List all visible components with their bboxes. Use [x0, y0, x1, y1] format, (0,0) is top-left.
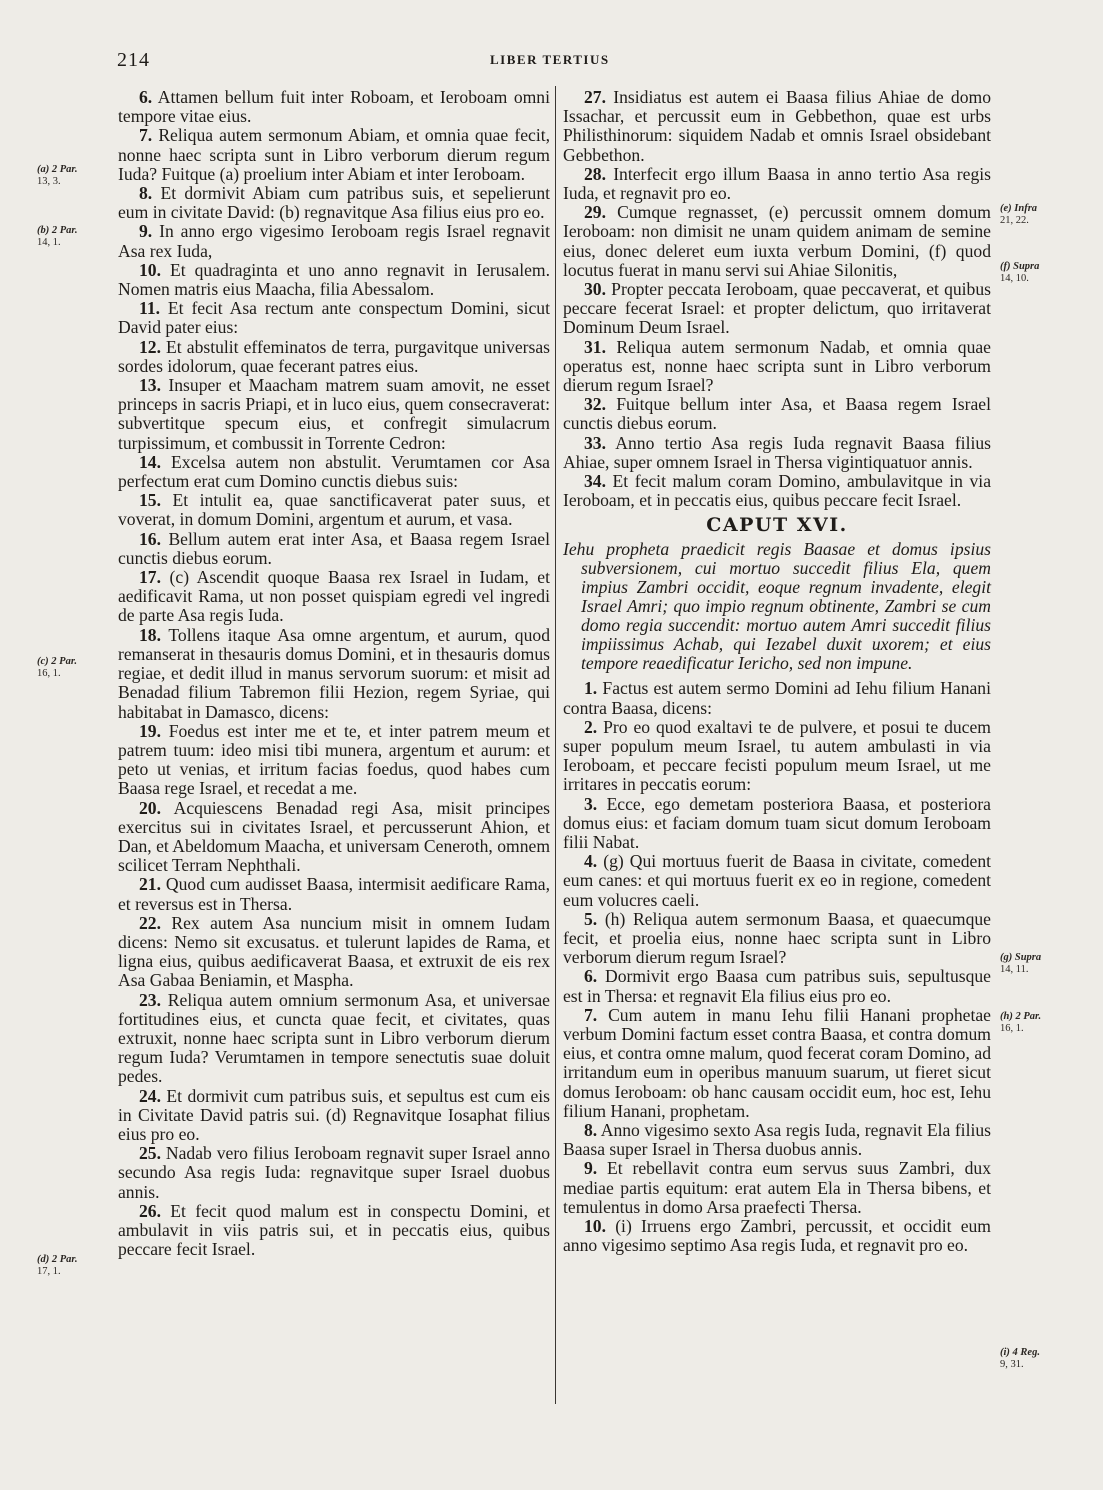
- verse-16: 16. Bellum autem erat inter Asa, et Baas…: [118, 530, 550, 568]
- verse-16-8: 8. Anno vigesimo sexto Asa regis Iuda, r…: [563, 1121, 991, 1159]
- chapter-summary: Iehu propheta praedicit regis Baasae et …: [563, 540, 991, 674]
- verse-11: 11. Et fecit Asa rectum ante conspectum …: [118, 299, 550, 337]
- verse-16-4: 4. (g) Qui mortuus fuerit de Baasa in ci…: [563, 852, 991, 910]
- verse-9: 9. In anno ergo vigesimo Ieroboam regis …: [118, 222, 550, 260]
- margin-note-c: (c) 2 Par. 16, 1.: [37, 656, 115, 680]
- right-column: 27. Insidiatus est autem ei Baasa filius…: [563, 88, 991, 1255]
- column-divider: [555, 86, 556, 1404]
- verse-34: 34. Et fecit malum coram Domino, ambulav…: [563, 472, 991, 510]
- verse-18: 18. Tollens itaque Asa omne argentum, et…: [118, 626, 550, 722]
- margin-note-a: (a) 2 Par. 13, 3.: [37, 164, 115, 188]
- verse-26: 26. Et fecit quod malum est in conspectu…: [118, 1202, 550, 1260]
- verse-30: 30. Propter peccata Ieroboam, quae pecca…: [563, 280, 991, 338]
- verse-14: 14. Excelsa autem non abstulit. Verumtam…: [118, 453, 550, 491]
- margin-note-h: (h) 2 Par. 16, 1.: [1000, 1011, 1080, 1035]
- book-page: 214 LIBER TERTIUS 6. Attamen bellum fuit…: [0, 0, 1103, 1490]
- verse-6: 6. Attamen bellum fuit inter Roboam, et …: [118, 88, 550, 126]
- verse-12: 12. Et abstulit effeminatos de terra, pu…: [118, 338, 550, 376]
- running-title: LIBER TERTIUS: [490, 52, 610, 68]
- verse-21: 21. Quod cum audisset Baasa, intermisit …: [118, 875, 550, 913]
- verse-15: 15. Et intulit ea, quae sanctificaverat …: [118, 491, 550, 529]
- verse-7: 7. Reliqua autem sermonum Abiam, et omni…: [118, 126, 550, 184]
- verse-16-6: 6. Dormivit ergo Baasa cum patribus suis…: [563, 967, 991, 1005]
- verse-16-5: 5. (h) Reliqua autem sermonum Baasa, et …: [563, 910, 991, 968]
- margin-note-e: (e) Infra 21, 22.: [1000, 203, 1080, 227]
- verse-33: 33. Anno tertio Asa regis Iuda regnavit …: [563, 434, 991, 472]
- chapter-title: CAPUT XVI.: [563, 516, 991, 535]
- margin-note-f: (f) Supra 14, 10.: [1000, 261, 1080, 285]
- verse-32: 32. Fuitque bellum inter Asa, et Baasa r…: [563, 395, 991, 433]
- verse-22: 22. Rex autem Asa nuncium misit in omnem…: [118, 914, 550, 991]
- verse-17: 17. (c) Ascendit quoque Baasa rex Israel…: [118, 568, 550, 626]
- verse-16-9: 9. Et rebellavit contra eum servus suus …: [563, 1159, 991, 1217]
- left-column: 6. Attamen bellum fuit inter Roboam, et …: [118, 88, 550, 1259]
- verse-16-2: 2. Pro eo quod exaltavi te de pulvere, e…: [563, 718, 991, 795]
- verse-13: 13. Insuper et Maacham matrem suam amovi…: [118, 376, 550, 453]
- verse-16-3: 3. Ecce, ego demetam posteriora Baasa, e…: [563, 795, 991, 853]
- verse-27: 27. Insidiatus est autem ei Baasa filius…: [563, 88, 991, 165]
- verse-19: 19. Foedus est inter me et te, et inter …: [118, 722, 550, 799]
- verse-28: 28. Interfecit ergo illum Baasa in anno …: [563, 165, 991, 203]
- verse-29: 29. Cumque regnasset, (e) percussit omne…: [563, 203, 991, 280]
- margin-note-d: (d) 2 Par. 17, 1.: [37, 1254, 115, 1278]
- verse-20: 20. Acquiescens Benadad regi Asa, misit …: [118, 799, 550, 876]
- verse-16-7: 7. Cum autem in manu Iehu filii Hanani p…: [563, 1006, 991, 1121]
- verse-16-1: 1. Factus est autem sermo Domini ad Iehu…: [563, 679, 991, 717]
- verse-24: 24. Et dormivit cum patribus suis, et se…: [118, 1087, 550, 1145]
- verse-8: 8. Et dormivit Abiam cum patribus suis, …: [118, 184, 550, 222]
- verse-25: 25. Nadab vero filius Ieroboam regnavit …: [118, 1144, 550, 1202]
- verse-31: 31. Reliqua autem sermonum Nadab, et omn…: [563, 338, 991, 396]
- verse-16-10: 10. (i) Irruens ergo Zambri, percussit, …: [563, 1217, 991, 1255]
- margin-note-g: (g) Supra 14, 11.: [1000, 952, 1080, 976]
- margin-note-i: (i) 4 Reg. 9, 31.: [1000, 1347, 1080, 1371]
- verse-10: 10. Et quadraginta et uno anno regnavit …: [118, 261, 550, 299]
- margin-note-b: (b) 2 Par. 14, 1.: [37, 225, 115, 249]
- verse-23: 23. Reliqua autem omnium sermonum Asa, e…: [118, 991, 550, 1087]
- running-head: 214 LIBER TERTIUS: [117, 49, 1031, 73]
- page-number: 214: [117, 49, 150, 72]
